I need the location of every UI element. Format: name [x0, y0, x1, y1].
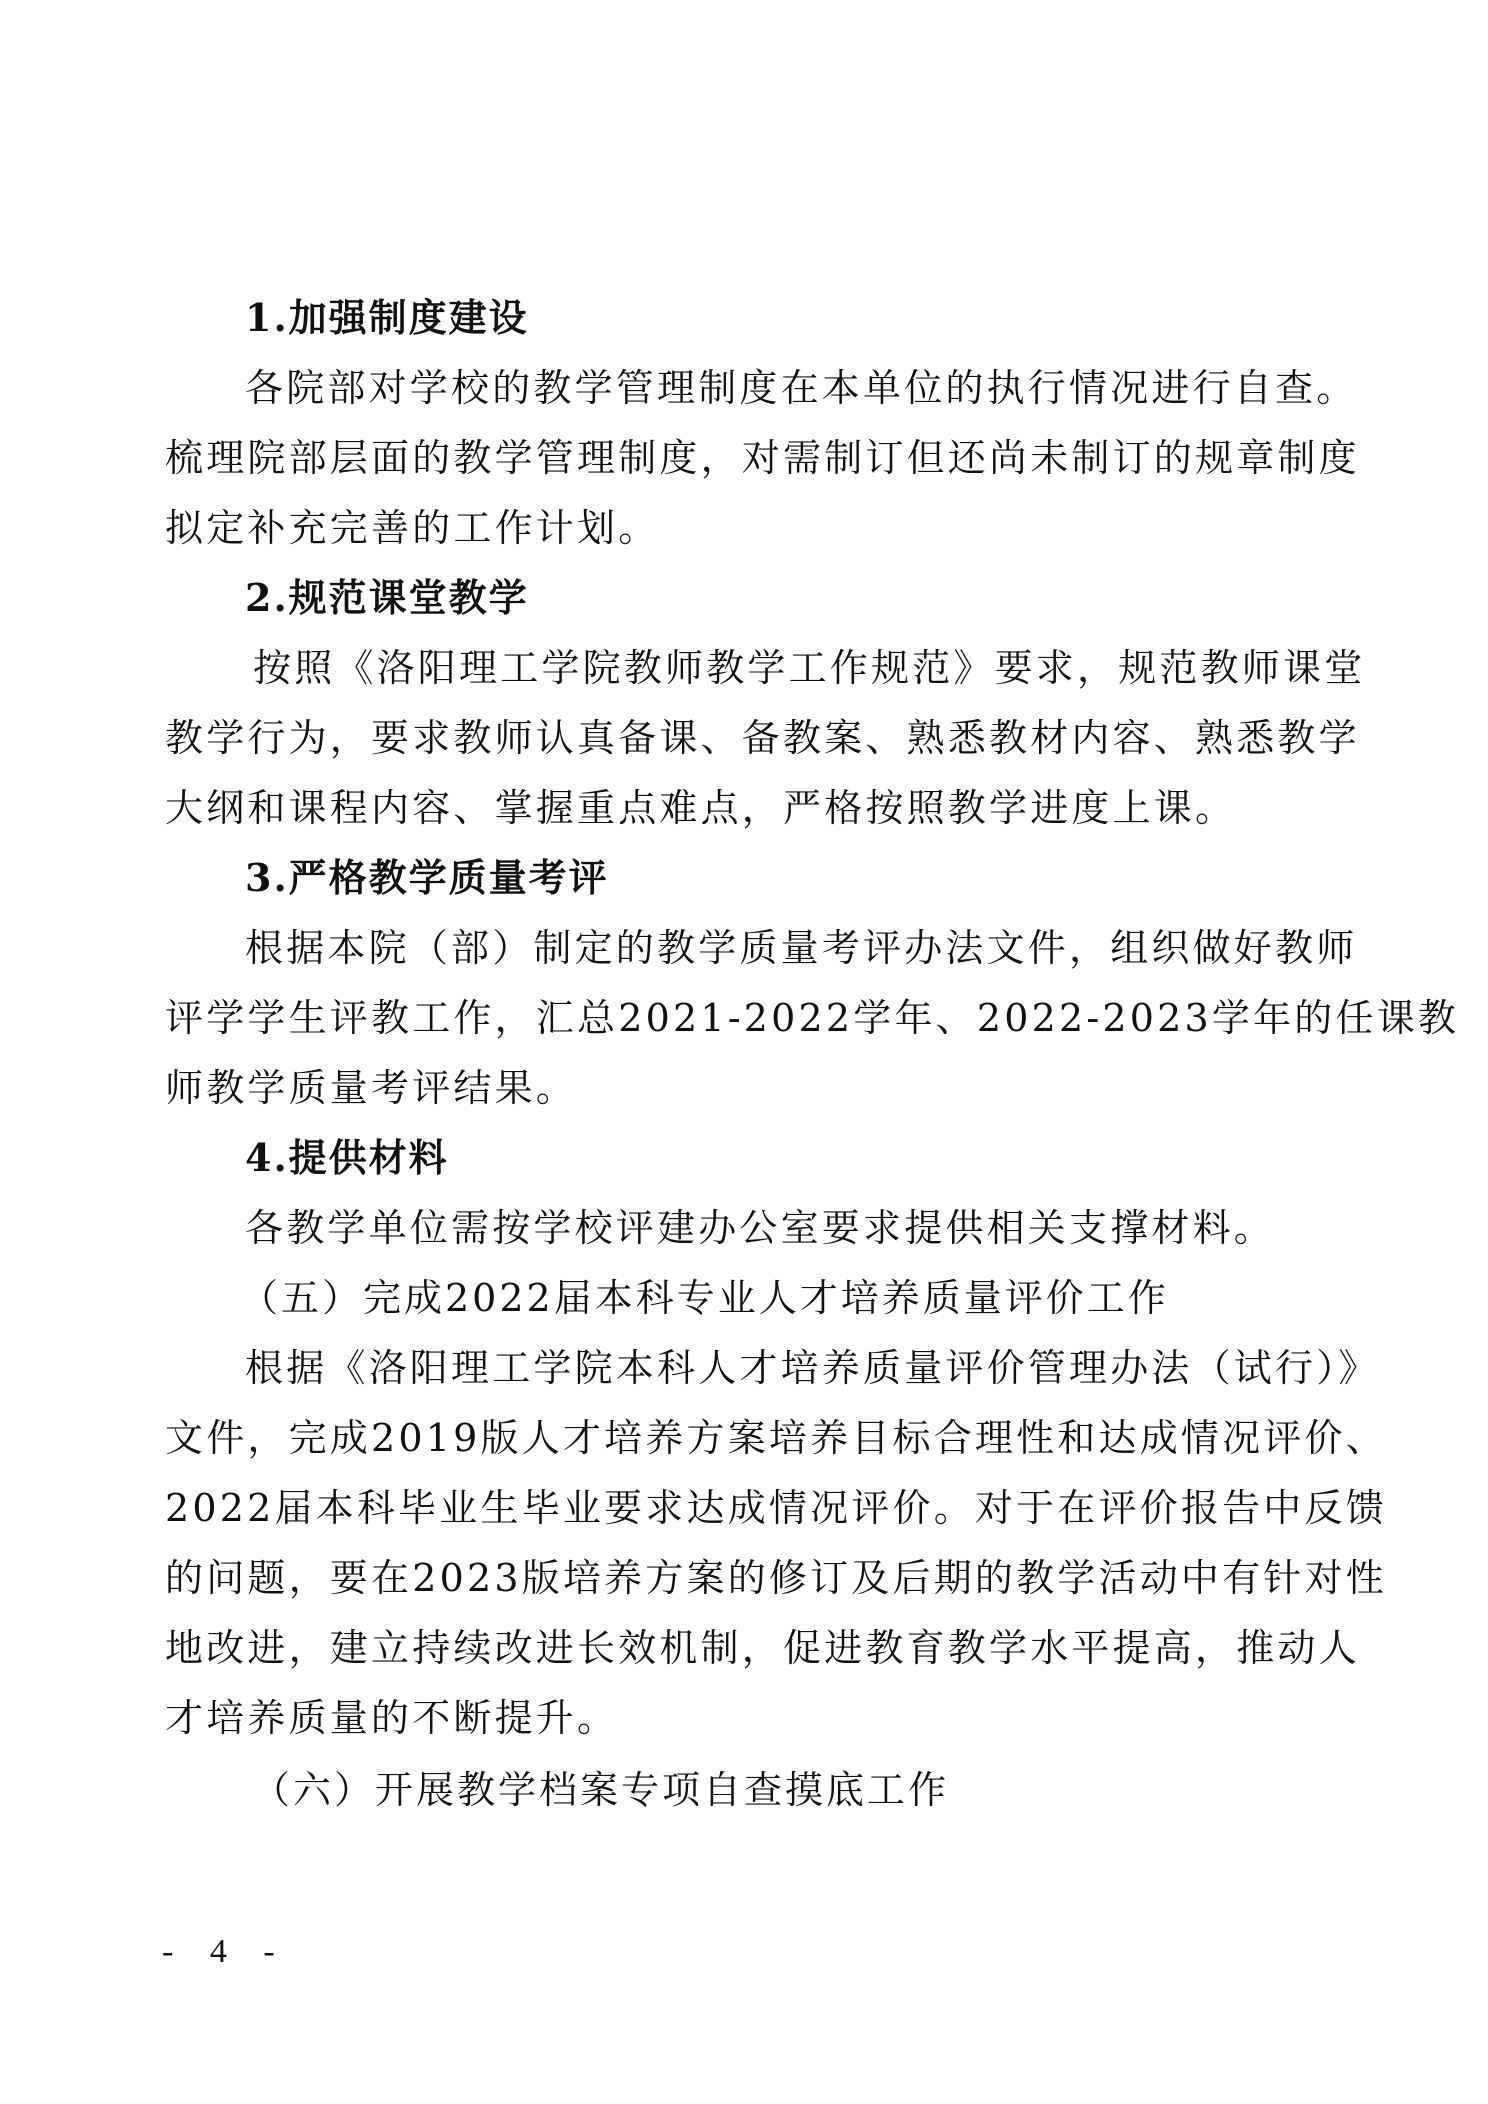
paragraph-line: 教学行为，要求教师认真备课、备教案、熟悉教材内容、熟悉教学	[165, 703, 1330, 773]
section-heading-4: 4.提供材料	[245, 1123, 1330, 1193]
section-heading-2: 2.规范课堂教学	[245, 563, 1330, 633]
page-number: - 4 -	[162, 1930, 289, 1974]
paragraph-line: 各教学单位需按学校评建办公室要求提供相关支撑材料。	[245, 1193, 1330, 1263]
paragraph-line: 根据本院（部）制定的教学质量考评办法文件，组织做好教师	[245, 913, 1330, 983]
paragraph-line: 评学学生评教工作，汇总2021-2022学年、2022-2023学年的任课教	[165, 983, 1330, 1053]
paragraph-line: 梳理院部层面的教学管理制度，对需制订但还尚未制订的规章制度	[165, 423, 1330, 493]
paragraph-line: 拟定补充完善的工作计划。	[165, 493, 1330, 563]
paragraph-line: 按照《洛阳理工学院教师教学工作规范》要求，规范教师课堂	[253, 633, 1330, 703]
paragraph-line: 师教学质量考评结果。	[165, 1053, 1330, 1123]
paragraph-line: 才培养质量的不断提升。	[165, 1683, 1330, 1753]
section-heading-1: 1.加强制度建设	[245, 283, 1330, 353]
paragraph-line: 地改进，建立持续改进长效机制，促进教育教学水平提高，推动人	[165, 1613, 1330, 1683]
paragraph-line: 各院部对学校的教学管理制度在本单位的执行情况进行自查。	[245, 353, 1330, 423]
document-page: 1.加强制度建设 各院部对学校的教学管理制度在本单位的执行情况进行自查。 梳理院…	[0, 0, 1488, 2104]
section-heading-6: （六）开展教学档案专项自查摸底工作	[252, 1755, 1417, 1825]
section-heading-5: （五）完成2022届本科专业人才培养质量评价工作	[240, 1263, 1405, 1333]
paragraph-line: 文件，完成2019版人才培养方案培养目标合理性和达成情况评价、	[165, 1403, 1330, 1473]
paragraph-line: 根据《洛阳理工学院本科人才培养质量评价管理办法（试行）》	[245, 1333, 1330, 1403]
paragraph-line: 大纲和课程内容、掌握重点难点，严格按照教学进度上课。	[165, 773, 1330, 843]
paragraph-line: 2022届本科毕业生毕业要求达成情况评价。对于在评价报告中反馈	[165, 1473, 1330, 1543]
paragraph-line: 的问题，要在2023版培养方案的修订及后期的教学活动中有针对性	[165, 1543, 1330, 1613]
section-heading-3: 3.严格教学质量考评	[245, 843, 1330, 913]
